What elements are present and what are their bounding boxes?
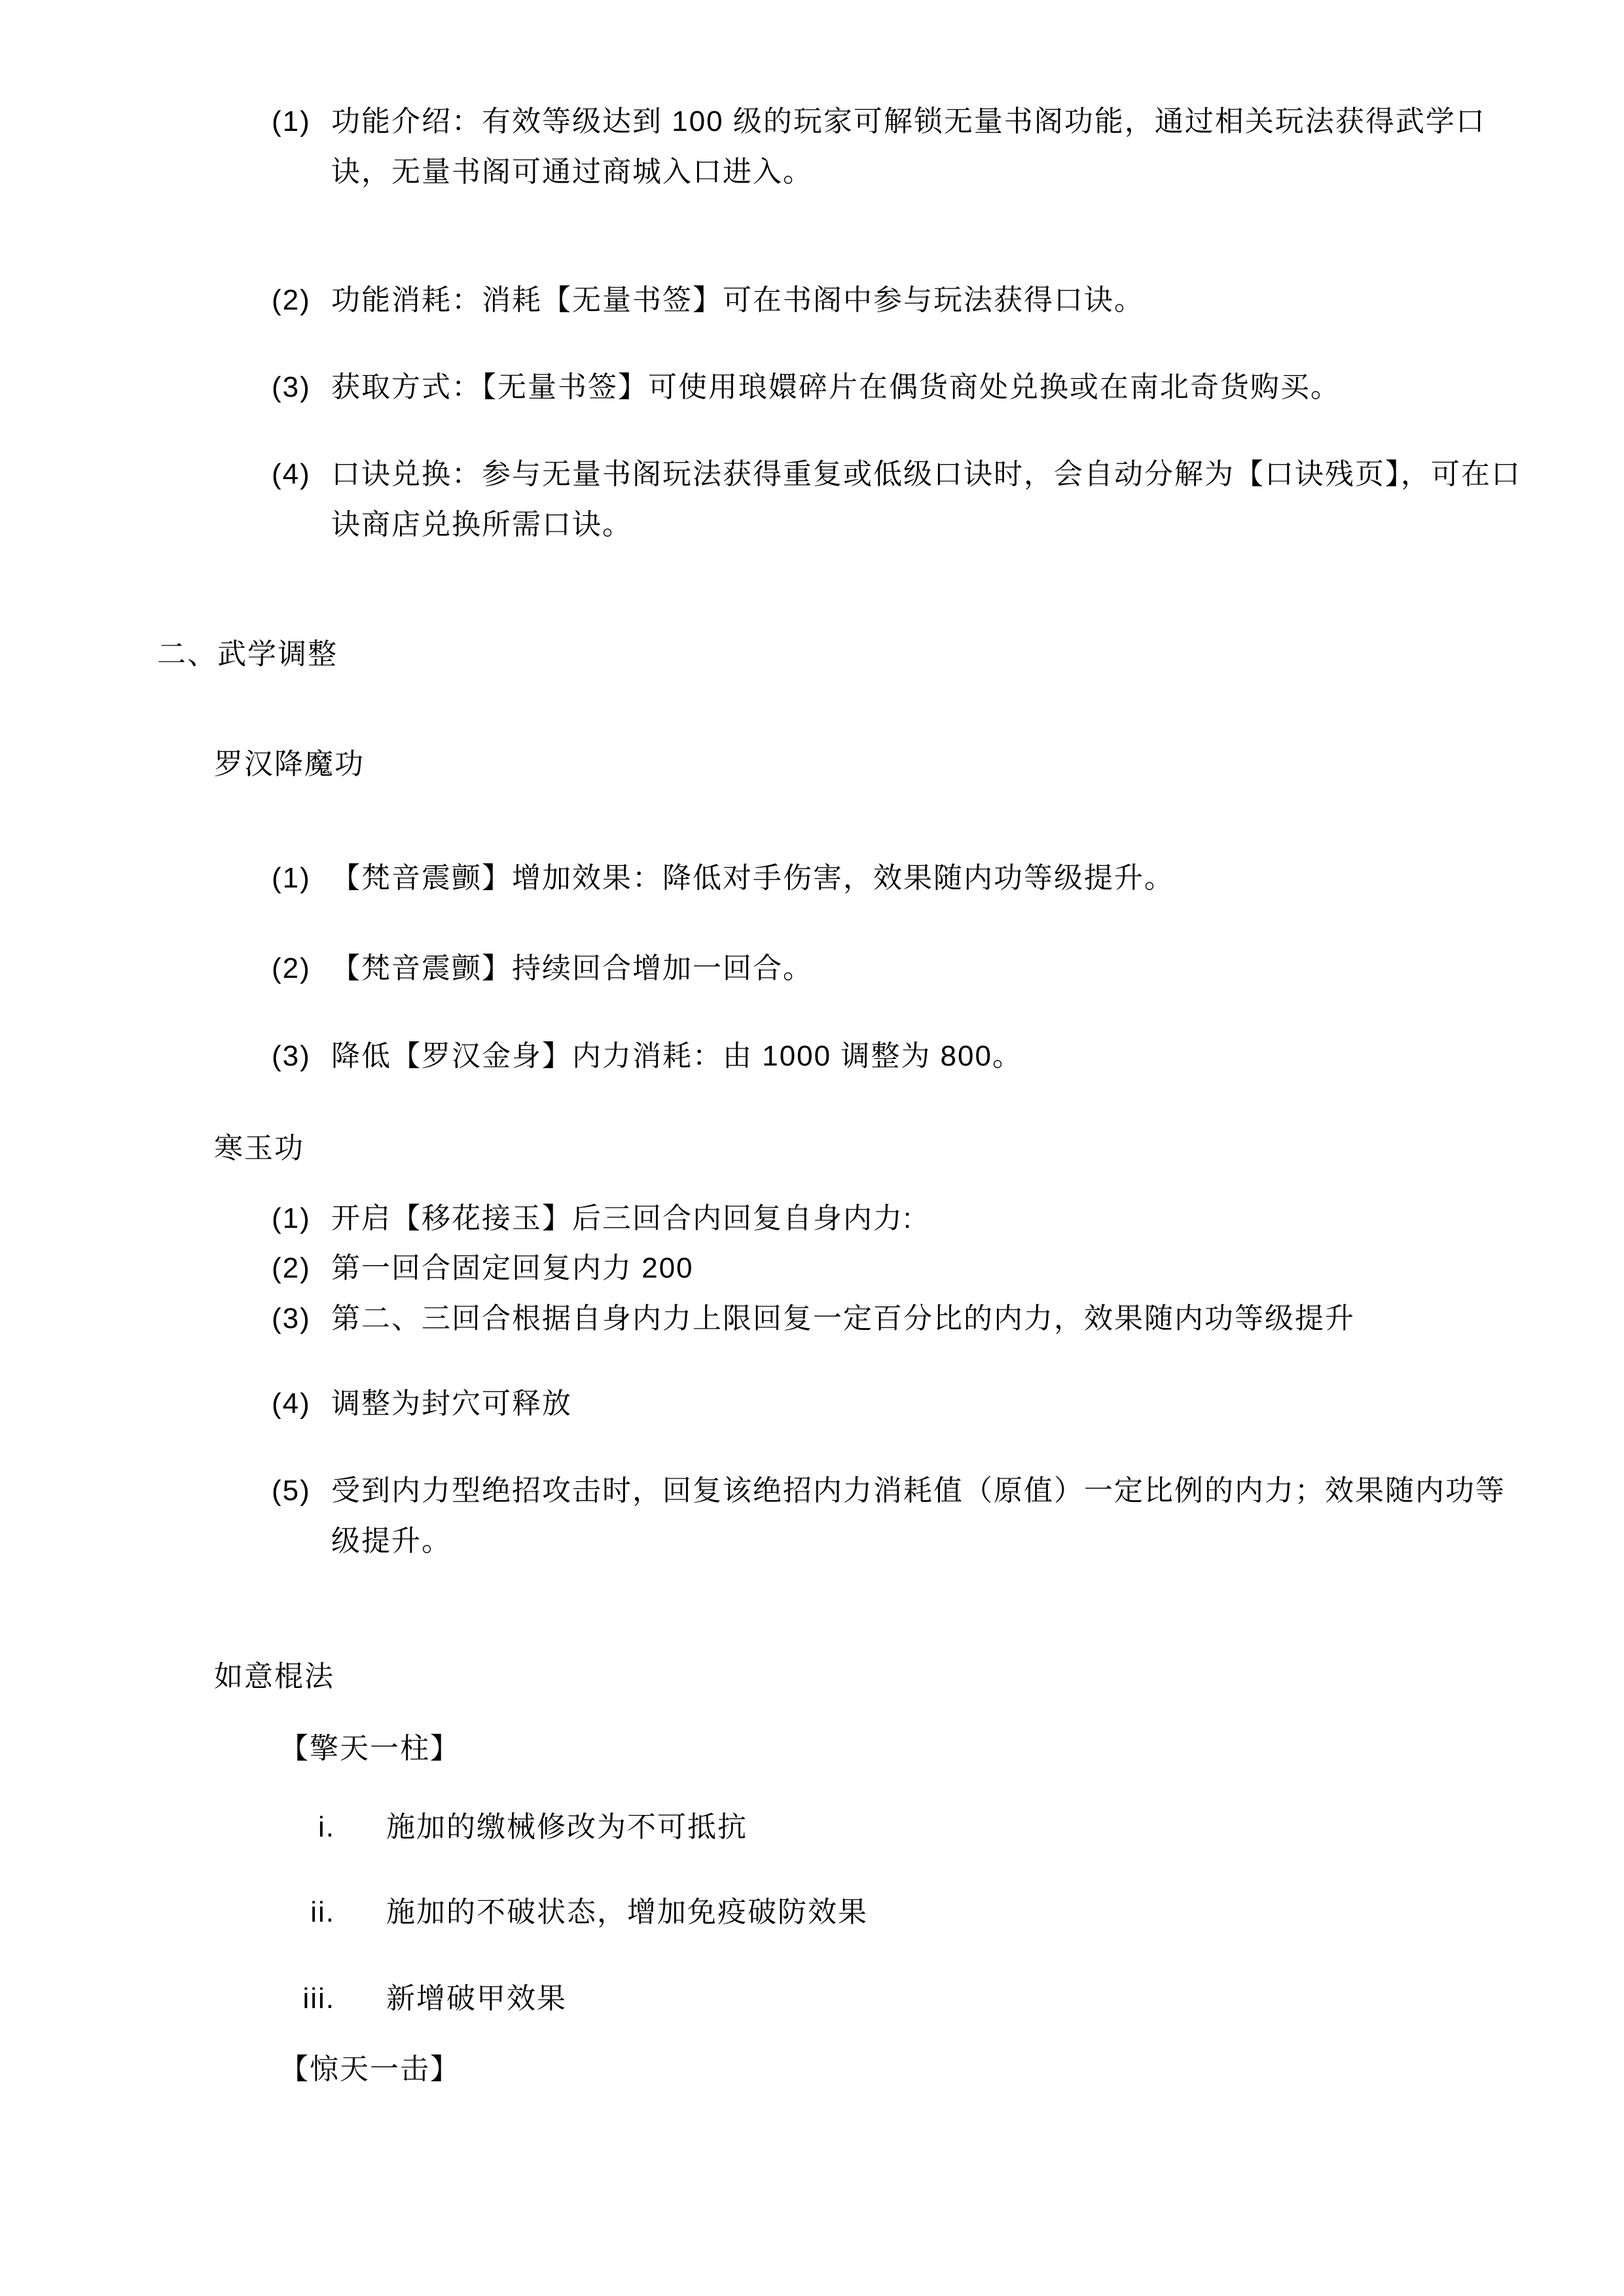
skill-heading: 如意棍法 <box>214 1651 334 1702</box>
list-item-number: i. <box>272 1802 335 1852</box>
text-line: 受到内力型绝招攻击时，回复该绝招内力消耗值（原值）一定比例的内力；效果随内功等 <box>331 1465 1506 1516</box>
text-line: 新增破甲效果 <box>386 1973 567 2024</box>
list-item-number: (2) <box>272 1243 311 1293</box>
text-line: 开启【移花接玉】后三回合内回复自身内力: <box>331 1193 912 1244</box>
list-item-number: (3) <box>272 362 311 412</box>
list-item: (1) 【梵音震颤】增加效果：降低对手伤害，效果随内功等级提升。 <box>272 853 1174 903</box>
list-item: ii. 施加的不破状态，增加免疫破防效果 <box>272 1887 868 1937</box>
move-name: 【擎天一柱】 <box>280 1723 460 1774</box>
text-line: 获取方式：【无量书签】可使用琅嬛碎片在偶货商处兑换或在南北奇货购买。 <box>331 362 1341 412</box>
list-item-number: (3) <box>272 1293 311 1344</box>
list-item-number: (1) <box>272 1193 311 1244</box>
list-item-number: (4) <box>272 1378 311 1429</box>
list-item-number: (3) <box>272 1031 311 1081</box>
list-item: (3) 第二、三回合根据自身内力上限回复一定百分比的内力，效果随内功等级提升 <box>272 1293 1355 1344</box>
list-item: (1) 功能介绍：有效等级达到 100 级的玩家可解锁无量书阁功能，通过相关玩法… <box>272 96 1486 197</box>
move-name: 【惊天一击】 <box>280 2044 460 2094</box>
list-item: (2) 功能消耗：消耗【无量书签】可在书阁中参与玩法获得口诀。 <box>272 275 1144 325</box>
section-heading: 二、武学调整 <box>157 629 338 679</box>
text-line: 施加的不破状态，增加免疫破防效果 <box>386 1887 868 1937</box>
list-item-number: (2) <box>272 943 311 994</box>
text-line: 功能介绍：有效等级达到 100 级的玩家可解锁无量书阁功能，通过相关玩法获得武学… <box>331 96 1486 147</box>
text-line: 施加的缴械修改为不可抵抗 <box>386 1802 748 1852</box>
list-item-number: (2) <box>272 275 311 325</box>
list-item-number: (5) <box>272 1465 311 1516</box>
text-line: 第一回合固定回复内力 200 <box>331 1243 694 1293</box>
list-item: (3) 获取方式：【无量书签】可使用琅嬛碎片在偶货商处兑换或在南北奇货购买。 <box>272 362 1341 412</box>
skill-heading: 寒玉功 <box>214 1123 304 1174</box>
list-item: (4) 调整为封穴可释放 <box>272 1378 572 1429</box>
skill-heading: 罗汉降魔功 <box>214 739 365 789</box>
text-line: 第二、三回合根据自身内力上限回复一定百分比的内力，效果随内功等级提升 <box>331 1293 1355 1344</box>
list-item: (3) 降低【罗汉金身】内力消耗：由 1000 调整为 800。 <box>272 1031 1022 1081</box>
list-item: (2) 第一回合固定回复内力 200 <box>272 1243 694 1293</box>
list-item: (2) 【梵音震颤】持续回合增加一回合。 <box>272 943 813 994</box>
text-line: 口诀兑换：参与无量书阁玩法获得重复或低级口诀时，会自动分解为【口诀残页】，可在口 <box>331 449 1521 499</box>
text-line: 调整为封穴可释放 <box>331 1378 572 1429</box>
list-item-number: ii. <box>272 1887 335 1937</box>
list-item-number: (1) <box>272 96 311 147</box>
text-line: 级提升。 <box>331 1516 1506 1566</box>
list-item: (4) 口诀兑换：参与无量书阁玩法获得重复或低级口诀时，会自动分解为【口诀残页】… <box>272 449 1521 550</box>
text-line: 功能消耗：消耗【无量书签】可在书阁中参与玩法获得口诀。 <box>331 275 1144 325</box>
list-item: (5) 受到内力型绝招攻击时，回复该绝招内力消耗值（原值）一定比例的内力；效果随… <box>272 1465 1506 1566</box>
list-item-number: iii. <box>272 1973 335 2024</box>
list-item: iii. 新增破甲效果 <box>272 1973 567 2024</box>
list-item-number: (4) <box>272 449 311 499</box>
document-page: (1) 功能介绍：有效等级达到 100 级的玩家可解锁无量书阁功能，通过相关玩法… <box>0 0 1624 2296</box>
list-item: (1) 开启【移花接玉】后三回合内回复自身内力: <box>272 1193 912 1244</box>
text-line: 诀，无量书阁可通过商城入口进入。 <box>331 147 1486 197</box>
text-line: 降低【罗汉金身】内力消耗：由 1000 调整为 800。 <box>331 1031 1022 1081</box>
list-item: i. 施加的缴械修改为不可抵抗 <box>272 1802 748 1852</box>
list-item-number: (1) <box>272 853 311 903</box>
text-line: 诀商店兑换所需口诀。 <box>331 499 1521 550</box>
text-line: 【梵音震颤】增加效果：降低对手伤害，效果随内功等级提升。 <box>331 853 1174 903</box>
text-line: 【梵音震颤】持续回合增加一回合。 <box>331 943 813 994</box>
